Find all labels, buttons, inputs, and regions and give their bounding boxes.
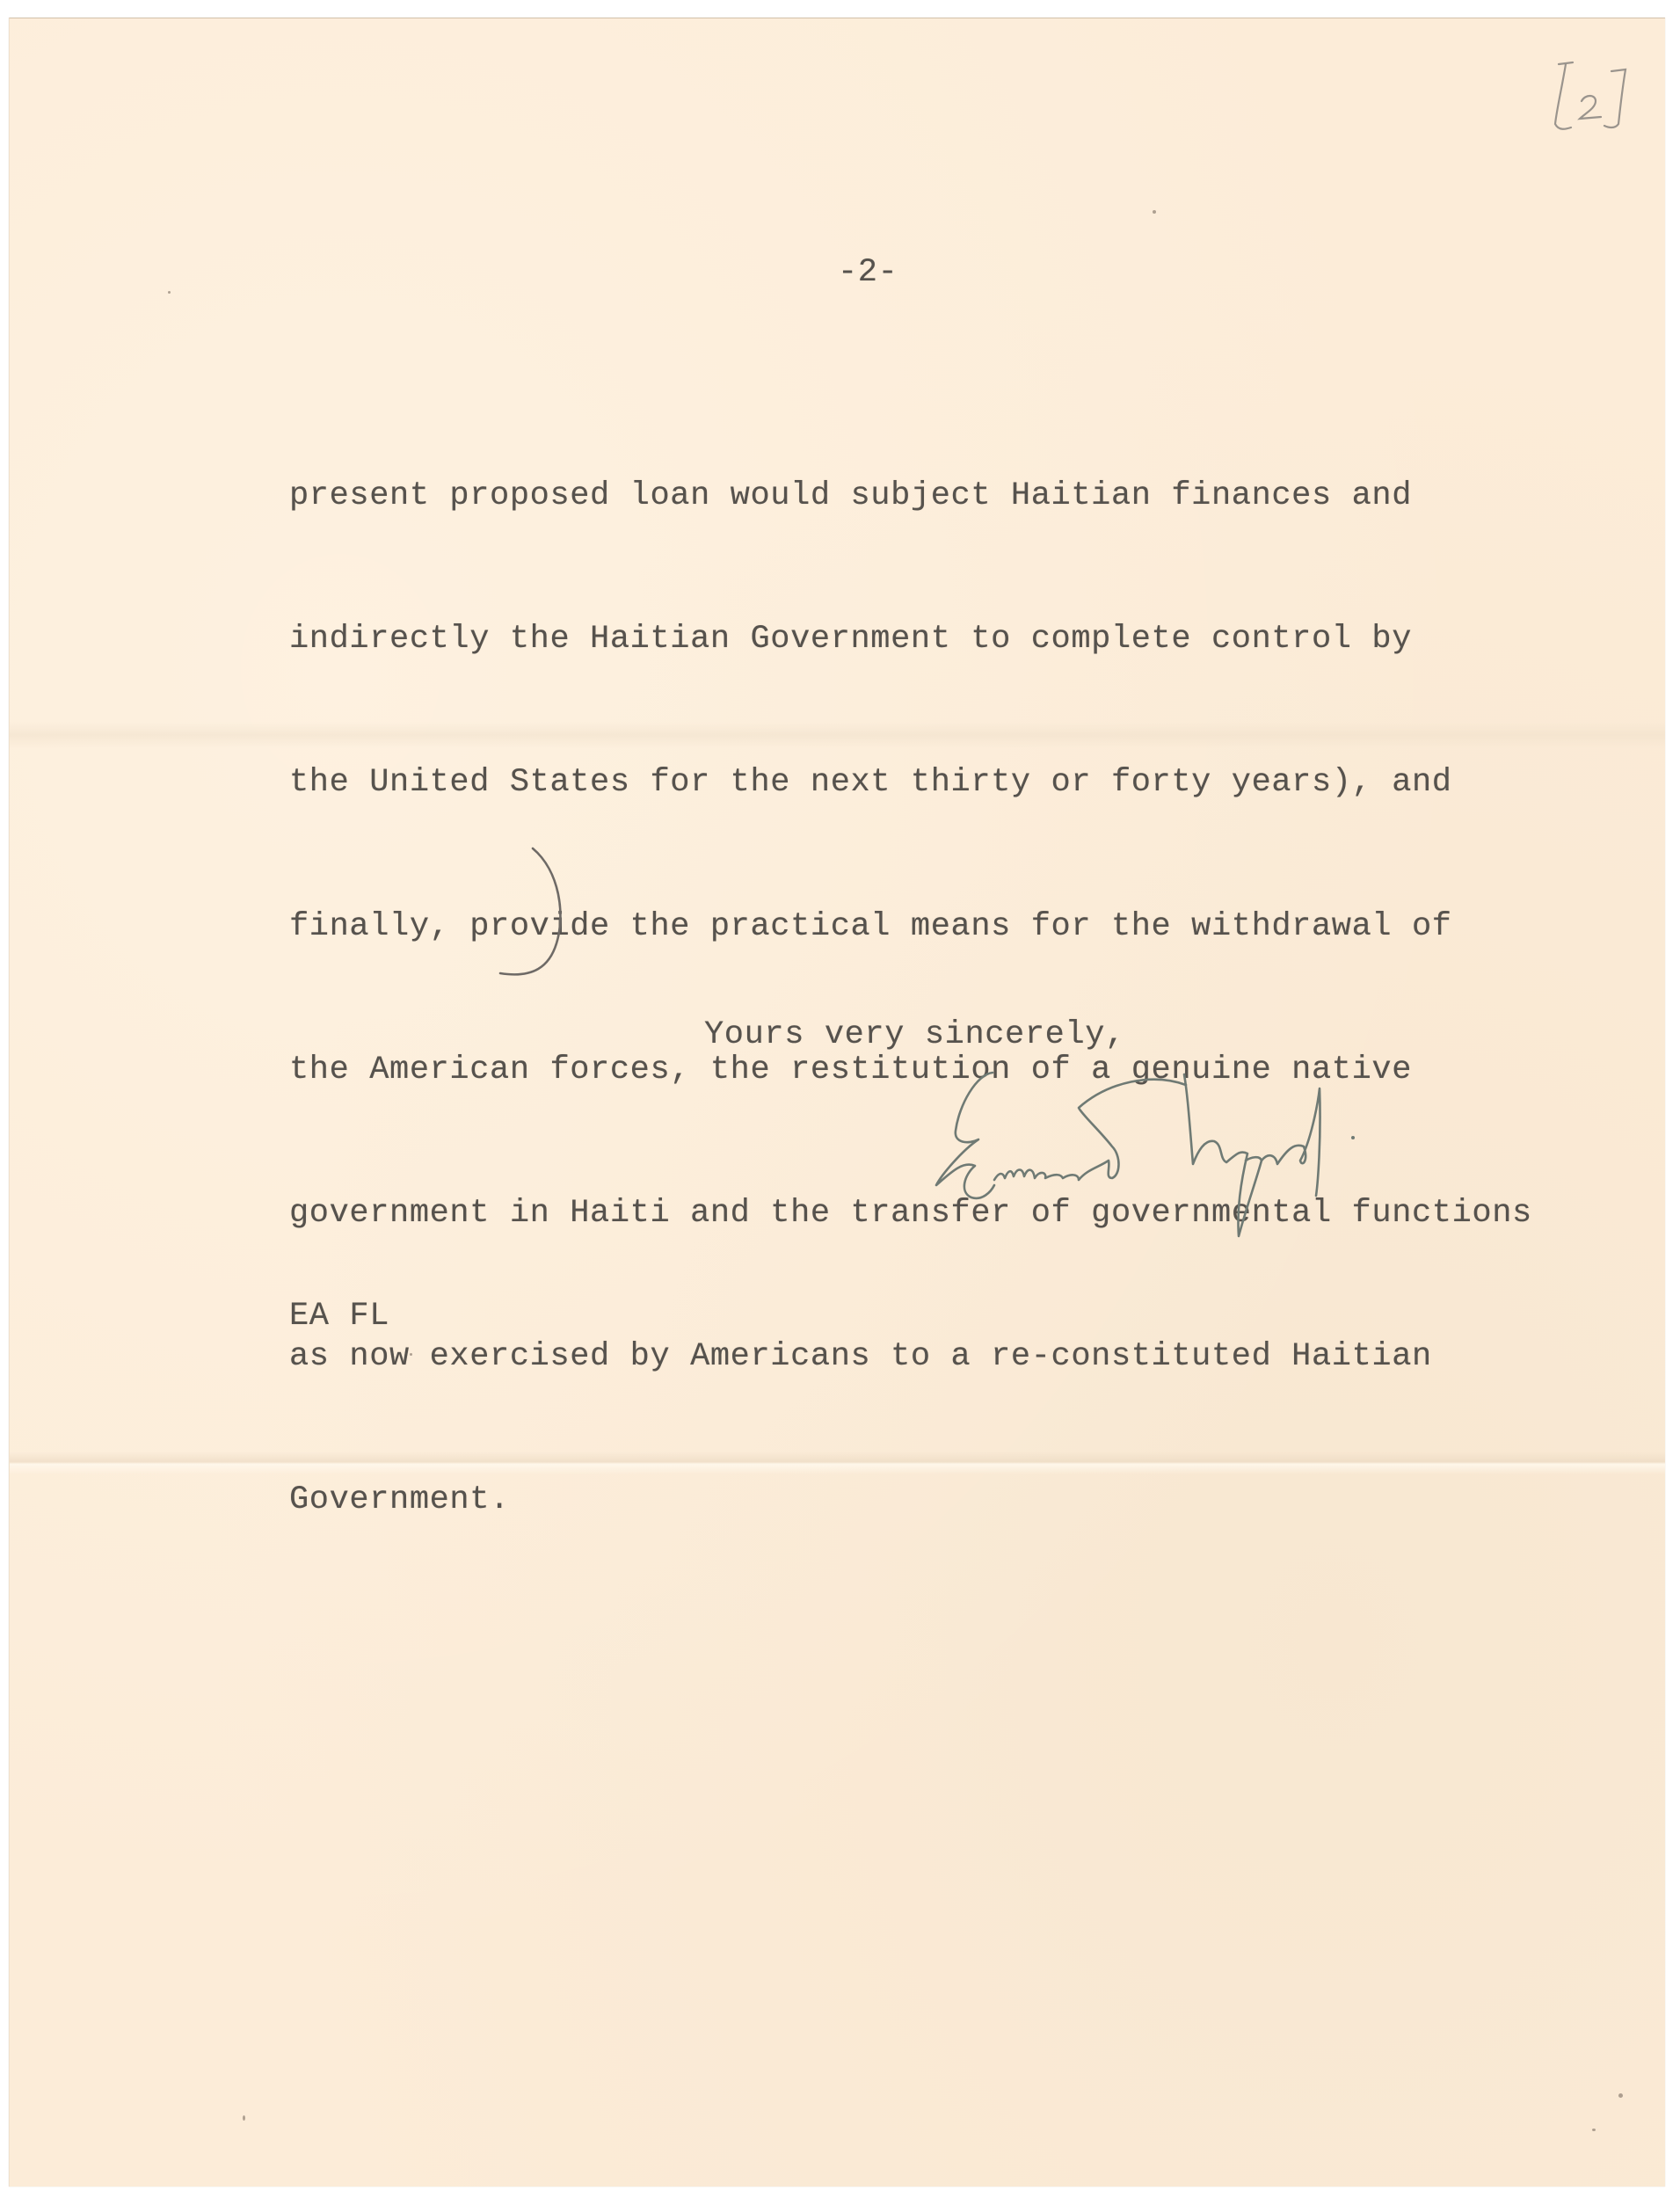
paper-speck: [410, 1353, 412, 1356]
body-line: the United States for the next thirty or…: [289, 748, 1532, 818]
archival-page-mark: [2]: [1524, 47, 1655, 143]
page-number: -2-: [838, 254, 898, 291]
typist-initials: EA FL: [289, 1298, 389, 1335]
paper-speck: [1592, 2129, 1596, 2131]
handwritten-signature: Ernest Angell: [924, 1069, 1539, 1271]
body-line: Government.: [289, 1466, 1532, 1535]
letter-body: present proposed loan would subject Hait…: [289, 388, 1532, 1610]
body-line: indirectly the Haitian Government to com…: [289, 605, 1532, 674]
paper-speck: [243, 2115, 245, 2121]
body-line: present proposed loan would subject Hait…: [289, 462, 1532, 531]
letter-closing: Yours very sincerely,: [704, 1016, 1125, 1053]
paper-speck: [168, 291, 171, 294]
paper-speck: [1618, 2093, 1623, 2098]
letter-page: [2] -2- present proposed loan would subj…: [9, 18, 1665, 2187]
body-line: finally, provide the practical means for…: [289, 892, 1532, 962]
body-line: as now exercised by Americans to a re-co…: [289, 1322, 1532, 1392]
paper-speck: [1153, 210, 1156, 214]
pencil-parenthesis-mark: [484, 845, 581, 986]
